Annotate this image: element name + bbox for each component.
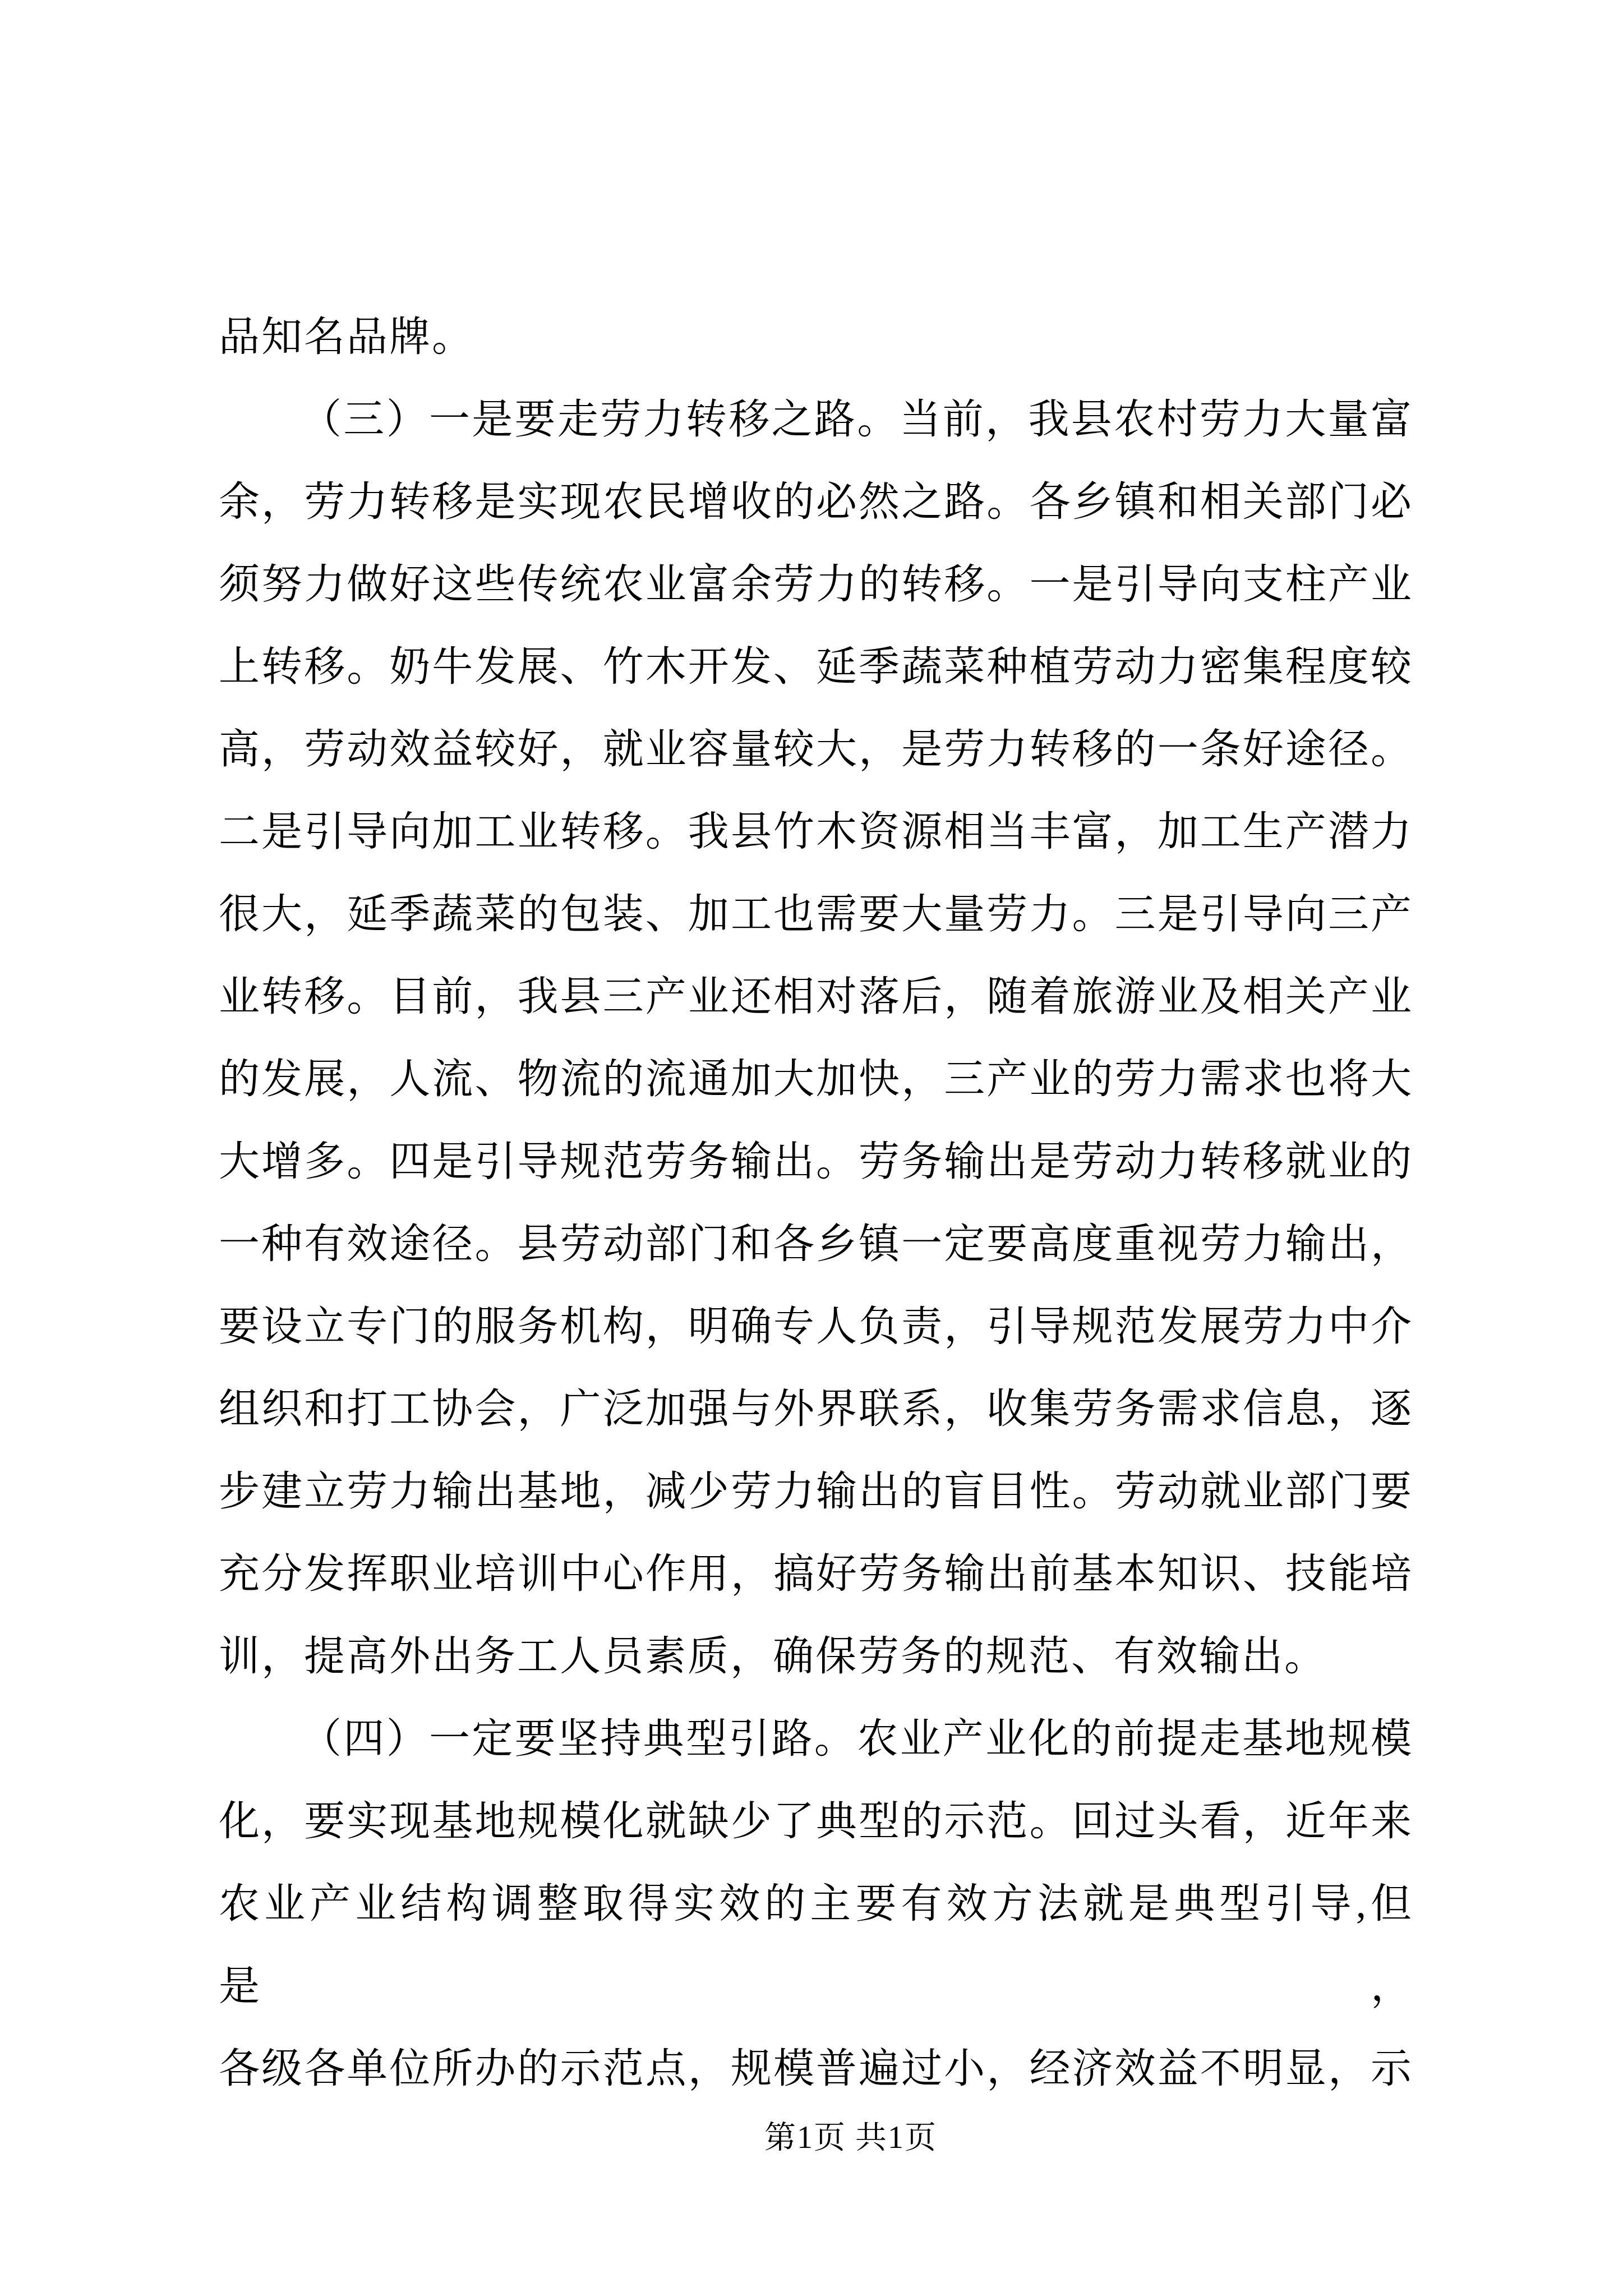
text-line: 训，提高外出务工人员素质，确保劳务的规范、有效输出。 [219,1615,1413,1697]
text-line: 品知名品牌。 [219,296,1413,378]
text-line: 一种有效途径。县劳动部门和各乡镇一定要高度重视劳力输出， [219,1203,1413,1285]
text-line: 二是引导向加工业转移。我县竹木资源相当丰富，加工生产潜力 [219,790,1413,873]
text-line: 余，劳力转移是实现农民增收的必然之路。各乡镇和相关部门必 [219,461,1413,543]
text-line: 上转移。奶牛发展、竹木开发、延季蔬菜种植劳动力密集程度较 [219,625,1413,708]
text-line: （四）一定要坚持典型引路。农业产业化的前提走基地规模 [219,1697,1413,1780]
document-text-block: 品知名品牌。（三）一是要走劳力转移之路。当前，我县农村劳力大量富余，劳力转移是实… [219,296,1413,2110]
document-page: 品知名品牌。（三）一是要走劳力转移之路。当前，我县农村劳力大量富余，劳力转移是实… [0,0,1623,2296]
text-line: 要设立专门的服务机构，明确专人负责，引导规范发展劳力中介 [219,1285,1413,1368]
page-footer: 第1页 共1页 [0,2113,1623,2163]
text-line: 业转移。目前，我县三产业还相对落后，随着旅游业及相关产业 [219,955,1413,1038]
page-number-label: 第1页 共1页 [764,2120,937,2155]
text-line: 须努力做好这些传统农业富余劳力的转移。一是引导向支柱产业 [219,543,1413,625]
text-line: 充分发挥职业培训中心作用，搞好劳务输出前基本知识、技能培 [219,1533,1413,1615]
text-line: 大增多。四是引导规范劳务输出。劳务输出是劳动力转移就业的 [219,1120,1413,1203]
text-line: 很大，延季蔬菜的包装、加工也需要大量劳力。三是引导向三产 [219,873,1413,955]
text-line: 化，要实现基地规模化就缺少了典型的示范。回过头看，近年来 [219,1780,1413,1862]
text-line: 农业产业结构调整取得实效的主要有效方法就是典型引导,但是， [219,1862,1413,2027]
text-line: （三）一是要走劳力转移之路。当前，我县农村劳力大量富 [219,378,1413,461]
text-line: 高，劳动效益较好，就业容量较大，是劳力转移的一条好途径。 [219,708,1413,790]
text-line: 组织和打工协会，广泛加强与外界联系，收集劳务需求信息，逐 [219,1368,1413,1450]
text-line: 各级各单位所办的示范点，规模普遍过小，经济效益不明显，示 [219,2027,1413,2110]
text-line: 步建立劳力输出基地，减少劳力输出的盲目性。劳动就业部门要 [219,1450,1413,1533]
text-line: 的发展，人流、物流的流通加大加快，三产业的劳力需求也将大 [219,1038,1413,1120]
